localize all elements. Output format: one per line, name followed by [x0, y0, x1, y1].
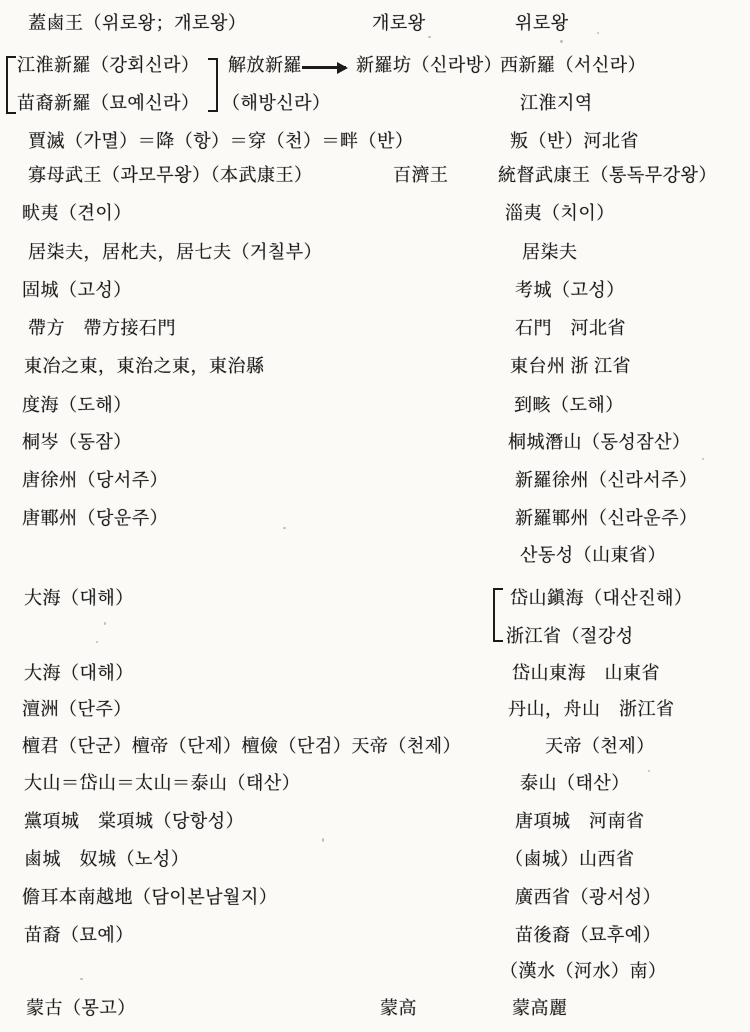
term-right: 丹山，舟山 浙江省: [508, 696, 675, 722]
scanned-document-page: 蓋鹵王（위로왕；개로왕） 개로왕 위로왕 江淮新羅（강회신라） 解放新羅 新羅坊…: [0, 0, 750, 1032]
term-right: 唐項城 河南省: [515, 808, 645, 834]
term-right: 浙江省（절강성: [506, 623, 634, 649]
term-left: 蓋鹵王（위로왕；개로왕）: [28, 10, 246, 36]
term-right: 考城（고성）: [515, 277, 625, 303]
term-right: 天帝（천제）: [545, 733, 655, 759]
scan-speck: [648, 770, 650, 772]
term-middle-2: 新羅坊（신라방）: [356, 52, 502, 78]
term-left: 度海（도해）: [22, 392, 132, 418]
table-row: 산동성（山東省）: [0, 542, 750, 572]
term-middle: 百濟王: [393, 162, 449, 188]
table-row: 江淮新羅（강회신라） 解放新羅 新羅坊（신라방） 西新羅（서신라）: [0, 52, 750, 82]
table-row: 黨項城 棠項城（당항성） 唐項城 河南省: [0, 808, 750, 838]
term-left: 固城（고성）: [22, 277, 132, 303]
term-right: 居柒夫: [522, 239, 578, 265]
term-left: 桐岑（동잠）: [22, 429, 132, 455]
term-right: 위로왕: [515, 10, 569, 36]
table-row: 大海（대해） 岱山鎭海（대산진해）: [0, 585, 750, 615]
scan-speck: [96, 641, 98, 643]
scan-speck: [322, 838, 324, 842]
term-left: 唐鄆州（당운주）: [22, 505, 168, 531]
table-row: 賈滅（가멸）＝降（항）＝穿（천）＝畔（반） 叛（반）河北省: [0, 128, 750, 158]
table-row: 鹵城 奴城（노성） （鹵城）山西省: [0, 846, 750, 876]
term-right: 到畡（도해）: [514, 392, 624, 418]
table-row: 苗裔新羅（묘예신라） （해방신라） 江淮지역: [0, 90, 750, 120]
term-right: 岱山東海 山東省: [512, 660, 660, 686]
term-left: 帶方 帶方接石門: [28, 315, 176, 341]
table-row: 度海（도해） 到畡（도해）: [0, 392, 750, 422]
term-right: 淄夷（치이）: [505, 200, 615, 226]
table-row: 大山＝岱山＝太山＝泰山（태산） 泰山（태산）: [0, 770, 750, 800]
table-row: 桐岑（동잠） 桐城潛山（동성잠산）: [0, 429, 750, 459]
term-right: （漢水（河水）南）: [500, 958, 667, 984]
term-middle: 解放新羅: [228, 52, 302, 78]
term-left: 東冶之東，東治之東，東治縣: [24, 353, 265, 379]
table-row: 帶方 帶方接石門 石門 河北省: [0, 315, 750, 345]
term-left: 畎夷（견이）: [22, 200, 132, 226]
table-row: 唐鄆州（당운주） 新羅鄆州（신라운주）: [0, 505, 750, 535]
term-left: 儋耳本南越地（담이본남월지）: [22, 884, 277, 910]
scan-speck: [560, 40, 563, 43]
term-right: 산동성（山東省）: [520, 542, 666, 568]
table-row: 苗裔（묘예） 苗後裔（묘후예）: [0, 922, 750, 952]
term-right: 岱山鎭海（대산진해）: [510, 585, 693, 611]
term-right: 叛（반）河北省: [510, 128, 639, 154]
scan-speck: [702, 458, 704, 460]
term-left: 檀君（단군）檀帝（단제）檀儉（단검）天帝（천제）: [22, 733, 461, 759]
term-left: 苗裔新羅（묘예신라）: [17, 90, 200, 116]
term-middle: 개로왕: [372, 10, 426, 36]
term-left: 居柒夫，居朼夫，居七夫（거칠부）: [28, 239, 322, 265]
term-right: 蒙高麗: [512, 995, 568, 1021]
table-row: 唐徐州（당서주） 新羅徐州（신라서주）: [0, 467, 750, 497]
table-row: （漢水（河水）南）: [0, 958, 750, 988]
term-left: 賈滅（가멸）＝降（항）＝穿（천）＝畔（반）: [28, 128, 413, 154]
term-left: 大山＝岱山＝太山＝泰山（태산）: [24, 770, 300, 796]
table-row: 固城（고성） 考城（고성）: [0, 277, 750, 307]
term-right: 苗後裔（묘후예）: [515, 922, 661, 948]
term-left: 大海（대해）: [24, 660, 134, 686]
term-right: 新羅鄆州（신라운주）: [515, 505, 698, 531]
table-row: 東冶之東，東治之東，東治縣 東台州 浙 江省: [0, 353, 750, 383]
term-right: 東台州 浙 江省: [510, 353, 631, 379]
table-row: 蒙古（몽고） 蒙高 蒙高麗: [0, 995, 750, 1025]
term-left: 寡母武王（과모무왕）（本武康王）: [28, 162, 313, 188]
table-row: 浙江省（절강성: [0, 623, 750, 653]
term-right: 廣西省（광서성）: [515, 884, 661, 910]
scan-speck: [428, 36, 431, 38]
term-left: 唐徐州（당서주）: [22, 467, 168, 493]
term-right: 桐城潛山（동성잠산）: [508, 429, 691, 455]
term-right: 西新羅（서신라）: [500, 52, 646, 78]
table-row: 蓋鹵王（위로왕；개로왕） 개로왕 위로왕: [0, 10, 750, 40]
scan-speck: [80, 978, 83, 980]
term-right: （鹵城）山西省: [505, 846, 635, 872]
term-right: 統督武康王（통독무강왕）: [498, 162, 717, 188]
table-row: 寡母武王（과모무왕）（本武康王） 百濟王 統督武康王（통독무강왕）: [0, 162, 750, 192]
term-left: 蒙古（몽고）: [26, 995, 136, 1021]
table-row: 檀君（단군）檀帝（단제）檀儉（단검）天帝（천제） 天帝（천제）: [0, 733, 750, 763]
term-left: 澶洲（단주）: [22, 696, 132, 722]
table-row: 澶洲（단주） 丹山，舟山 浙江省: [0, 696, 750, 726]
scan-speck: [283, 527, 286, 529]
term-middle: （해방신라）: [222, 90, 331, 116]
table-row: 畎夷（견이） 淄夷（치이）: [0, 200, 750, 230]
term-left: 鹵城 奴城（노성）: [24, 846, 189, 872]
term-right: 江淮지역: [520, 90, 593, 116]
term-left: 大海（대해）: [24, 585, 134, 611]
term-right: 石門 河北省: [515, 315, 626, 341]
scan-speck: [597, 32, 599, 34]
term-left: 黨項城 棠項城（당항성）: [24, 808, 244, 834]
table-row: 儋耳本南越地（담이본남월지） 廣西省（광서성）: [0, 884, 750, 914]
table-row: 大海（대해） 岱山東海 山東省: [0, 660, 750, 690]
table-row: 居柒夫，居朼夫，居七夫（거칠부） 居柒夫: [0, 239, 750, 269]
term-middle: 蒙高: [380, 995, 417, 1021]
term-right: 泰山（태산）: [520, 770, 630, 796]
scan-speck: [104, 622, 106, 625]
term-right: 新羅徐州（신라서주）: [515, 467, 698, 493]
term-left: 苗裔（묘예）: [24, 922, 134, 948]
term-left: 江淮新羅（강회신라）: [17, 52, 200, 78]
